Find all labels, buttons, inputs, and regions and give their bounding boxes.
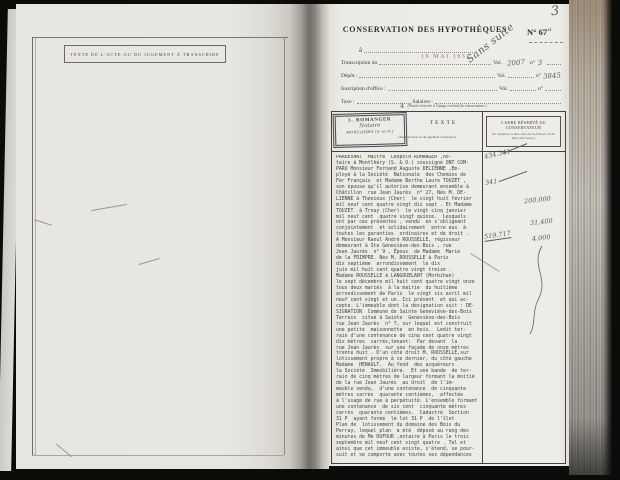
rule-line bbox=[510, 82, 536, 91]
page-stack-edge bbox=[569, 0, 614, 475]
rule-line bbox=[435, 95, 561, 104]
register-table: L. ROMANGER Notaire MONTLHÉRY (S.-et-O.)… bbox=[331, 111, 566, 464]
vol-label: Vol. bbox=[493, 60, 502, 66]
transcription-date-stamp: 19 MAI 1951 bbox=[421, 54, 471, 60]
margin-annotation: 519.717 bbox=[484, 229, 512, 242]
ink-flourish bbox=[499, 171, 528, 182]
depot-num-handwritten: 3845 bbox=[541, 72, 563, 80]
num-label: n° bbox=[538, 86, 543, 92]
notary-stamp: L. ROMANGER Notaire MONTLHÉRY (S.-et-O.) bbox=[335, 114, 406, 146]
margin-annotation: 200.000 bbox=[524, 195, 552, 206]
location-prefix-label: à bbox=[359, 46, 362, 54]
transcription-label: Transcription du bbox=[341, 60, 377, 66]
inscription-label: Inscription d'office : bbox=[341, 86, 386, 92]
conservateur-column-header: CADRE RÉSERVÉ AU CONSERVATEUR bbox=[487, 120, 560, 130]
location-row: à bbox=[359, 44, 475, 54]
document-number-suffix: 14 bbox=[547, 27, 551, 32]
depot-row: Dépôt : Vol. n° 3845 bbox=[341, 68, 563, 79]
margin-annotation: 341 bbox=[485, 177, 498, 187]
vol-label: Vol. bbox=[497, 73, 506, 79]
vol-label: Vol. bbox=[499, 86, 508, 92]
document-number-rule bbox=[529, 42, 563, 43]
rule-line bbox=[545, 82, 561, 91]
texte-column-subheader: (Texte de l'acte ou du jugement à transc… bbox=[372, 135, 482, 139]
pencil-mark bbox=[138, 258, 159, 265]
act-text: PARDEVANT Maître Léopold ROMANGER ,no- t… bbox=[336, 155, 481, 461]
header-divider bbox=[332, 151, 565, 152]
column-divider bbox=[482, 112, 483, 463]
left-page-header-text: TEXTE DE L'ACTE OU DU JUGEMENT À TRANSCR… bbox=[70, 52, 219, 57]
page-title: CONSERVATION DES HYPOTHÈQUES bbox=[337, 25, 513, 34]
binding-gutter bbox=[288, 4, 329, 469]
left-page: TEXTE DE L'ACTE OU DU JUGEMENT À TRANSCR… bbox=[16, 4, 288, 469]
margin-annotation: 434.341 bbox=[483, 147, 511, 160]
rule-line bbox=[508, 69, 534, 78]
depot-label: Dépôt : bbox=[341, 73, 357, 79]
scanned-register-spread: TEXTE DE L'ACTE OU DU JUGEMENT À TRANSCR… bbox=[0, 0, 620, 480]
paraph-flourish bbox=[524, 244, 550, 336]
pencil-mark bbox=[91, 204, 127, 211]
right-margin-rule bbox=[284, 37, 285, 455]
texte-column-header: TEXTE bbox=[405, 120, 482, 126]
pencil-mark bbox=[34, 219, 51, 226]
conservateur-column-header-box: CADRE RÉSERVÉ AU CONSERVATEUR (Le requér… bbox=[486, 116, 561, 147]
vol-value-handwritten: 2007 bbox=[502, 59, 530, 67]
rule-line bbox=[388, 82, 498, 91]
right-page: 3 CONSERVATION DES HYPOTHÈQUES N° 6714 S… bbox=[329, 4, 569, 466]
notary-stamp-city: MONTLHÉRY (S.-et-O.) bbox=[336, 128, 404, 135]
rule-line bbox=[547, 56, 561, 65]
conservateur-column-subheader: (Le requérant ne doit, sous aucun prétex… bbox=[487, 132, 560, 140]
rule-line bbox=[364, 44, 473, 53]
num-value-handwritten: 3 bbox=[535, 60, 545, 67]
rule-line bbox=[359, 69, 495, 78]
inscription-row: Inscription d'office : Vol. n° bbox=[341, 81, 563, 92]
left-margin-rule-faint bbox=[35, 37, 36, 455]
handwritten-folio-number: 3 bbox=[550, 4, 560, 20]
left-page-header-box: TEXTE DE L'ACTE OU DU JUGEMENT À TRANSCR… bbox=[64, 45, 226, 63]
margin-annotation: 31.400 bbox=[530, 217, 553, 227]
document-number: N° 6714 bbox=[527, 27, 551, 37]
taxe-label: Taxe : bbox=[341, 99, 355, 105]
top-rule bbox=[32, 37, 288, 38]
reserved-footnote: (Partie réservée à l'usage exclusif du c… bbox=[365, 104, 529, 108]
document-number-text: N° 67 bbox=[527, 27, 547, 37]
left-margin-rule bbox=[32, 37, 33, 455]
margin-annotation: 4.000 bbox=[532, 233, 551, 243]
